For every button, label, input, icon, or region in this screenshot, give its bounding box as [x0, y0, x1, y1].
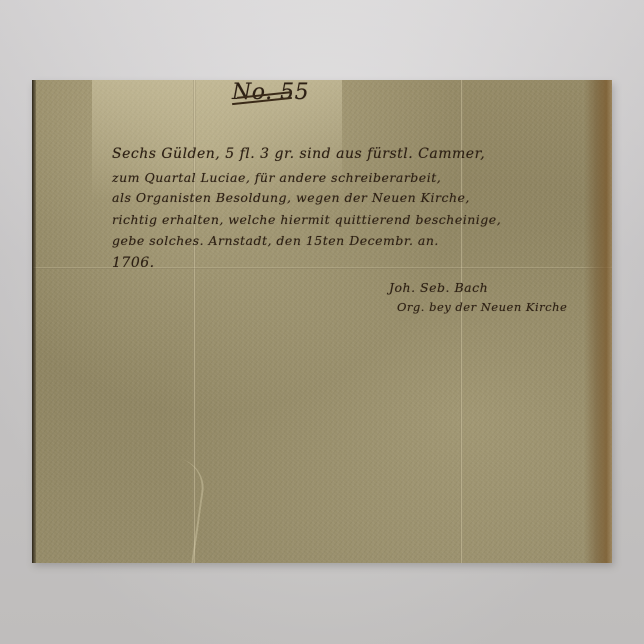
manuscript-poster: No. 55 Sechs Gülden, 5 fl. 3 gr. sind au…: [32, 80, 612, 563]
paper-right-edge-stain: [584, 80, 612, 563]
manuscript-line: 1706.: [112, 255, 155, 271]
manuscript-line: als Organisten Besoldung, wegen der Neue…: [112, 190, 470, 205]
manuscript-line: richtig erhalten, welche hiermit quittie…: [112, 212, 501, 227]
manuscript-line: Sechs Gülden, 5 fl. 3 gr. sind aus fürst…: [112, 146, 485, 162]
manuscript-line: zum Quartal Luciae, für andere schreiber…: [112, 170, 441, 185]
manuscript-line: gebe solches. Arnstadt, den 15ten Decemb…: [112, 233, 439, 248]
signature-title: Org. bey der Neuen Kirche: [397, 300, 567, 314]
signature-name: Joh. Seb. Bach: [389, 280, 488, 295]
paper-left-edge: [32, 80, 36, 563]
